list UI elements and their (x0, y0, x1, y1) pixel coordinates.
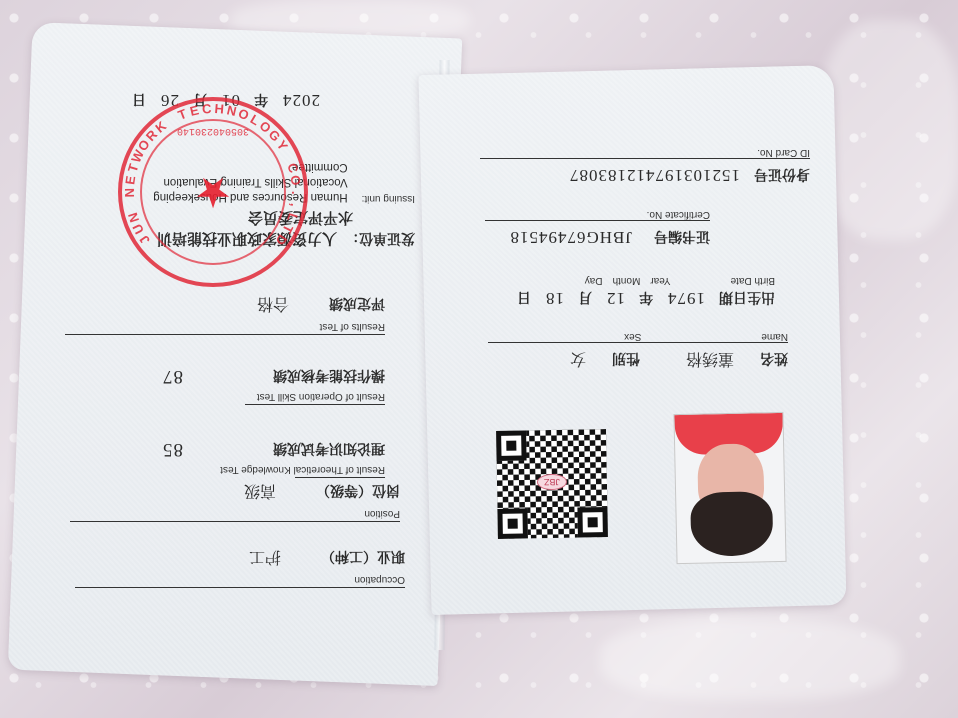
sex-label-en: Sex (624, 331, 641, 342)
birth-year: 1974 (667, 288, 705, 308)
occupation-label-en: Occupation (75, 574, 405, 585)
id-card-field: 身份证号 152103197412183087 ID Card No. (480, 135, 810, 185)
occupation-value: 护工 (249, 547, 281, 570)
position-value: 高级 (244, 481, 276, 504)
qr-code[interactable]: JBZ (496, 429, 608, 539)
skill-test-label-en: Result of Operation Skill Test (65, 391, 385, 402)
certificate-no-label-en: Certificate No. (485, 209, 710, 220)
seal-ring-text: JUN NETWORK TECHNOLOGY CO.,LTD (122, 101, 304, 283)
official-seal: ★ 305040230140 JUN NETWORK TECHNOLOGY CO… (118, 97, 308, 287)
photo-hair (690, 491, 773, 557)
name-sex-field: 姓名 董绣格 性别 女 Name Sex (488, 322, 788, 372)
certificate-no-field: 证书编号 JBHG67494518 Certificate No. (485, 197, 710, 247)
year-label: 年 (639, 288, 653, 308)
occupation-field: Occupation 职业（工种） 护工 (75, 548, 405, 588)
birth-date-field: 出生日期 1974 年 12 月 18 日 Birth Date Year Mo… (485, 258, 775, 308)
skill-test-field: Result of Operation Skill Test 操作技能考核成绩 … (65, 355, 385, 405)
issuing-unit-label: 发证单位： (345, 229, 415, 249)
sex-label: 性别 (612, 349, 640, 369)
month-label-en: Month (613, 275, 641, 286)
skill-test-score: 87 (162, 365, 183, 387)
day-label: 日 (517, 288, 531, 308)
birth-month: 12 (606, 288, 625, 308)
id-card-label: 身份证号 (754, 165, 810, 185)
qr-finder (496, 430, 527, 461)
year-label-en: Year (650, 275, 670, 286)
id-card-label-en: ID Card No. (480, 147, 810, 158)
bubble-wrap-highlight (820, 20, 958, 240)
birth-date-label-en: Birth Date (731, 275, 775, 286)
id-photo (673, 412, 786, 564)
name-value: 董绣格 (686, 349, 734, 372)
position-field: Position 岗位（等级） 高级 (70, 482, 400, 522)
qr-finder (577, 507, 608, 538)
id-card-value: 152103197412183087 (569, 165, 740, 185)
name-label-en: Name (761, 331, 788, 342)
theory-test-label: 理论知识考试成绩 (273, 439, 385, 459)
skill-test-label: 操作技能考核成绩 (273, 366, 385, 386)
birth-date-label: 出生日期 (719, 288, 775, 308)
qr-finder (497, 508, 528, 539)
bubble-wrap-highlight (600, 620, 900, 700)
theory-test-label-en: Result of Theoretical Knowledge Test (65, 464, 385, 475)
month-label: 月 (578, 288, 592, 308)
day-label-en: Day (585, 275, 603, 286)
theory-test-field: Result of Theoretical Knowledge Test 理论知… (65, 428, 385, 478)
result-label: 评定成绩 (329, 294, 385, 314)
qr-badge: JBZ (537, 474, 567, 491)
occupation-label: 职业（工种） (321, 547, 405, 567)
certificate-no-value: JBHG67494518 (509, 227, 632, 247)
position-label: 岗位（等级） (316, 481, 400, 501)
certificate-no-label: 证书编号 (654, 227, 710, 247)
sex-value: 女 (570, 349, 586, 372)
birth-day: 18 (545, 288, 564, 308)
theory-test-score: 85 (162, 438, 183, 460)
position-label-en: Position (70, 508, 400, 519)
name-label: 姓名 (760, 349, 788, 369)
result-label-en: Results of Test (65, 321, 385, 332)
issuing-unit-label-en: Issuing unit: (362, 159, 415, 204)
result-field: Results of Test 评定成绩 合格 (65, 285, 385, 335)
result-value: 合格 (257, 294, 289, 317)
